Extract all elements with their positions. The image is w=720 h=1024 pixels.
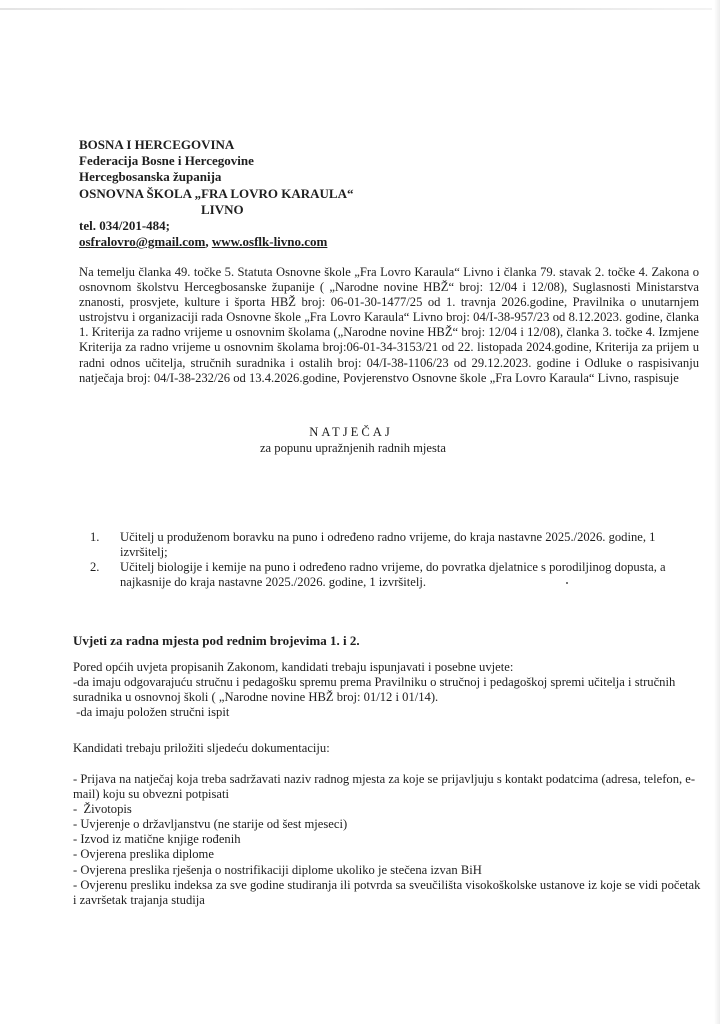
letterhead-country: BOSNA I HERCEGOVINA — [79, 137, 353, 153]
intro-paragraph: Na temelju članka 49. točke 5. Statuta O… — [79, 265, 699, 386]
position-number: 2. — [90, 560, 120, 590]
scan-edge-shadow — [714, 0, 720, 1024]
letterhead-county: Hercegbosanska županija — [79, 169, 353, 185]
position-item: 2. Učitelj biologije i kemije na puno i … — [90, 560, 710, 590]
documentation-item: - Ovjerena preslika diplome — [73, 847, 703, 862]
email-link[interactable]: osfralovro@gmail.com — [79, 234, 205, 249]
documentation-item: - Ovjerena preslika rješenja o nostrifik… — [73, 863, 703, 878]
documentation-item: - Životopis — [73, 802, 703, 817]
letterhead-school: OSNOVNA ŠKOLA „FRA LOVRO KARAULA“ — [79, 186, 353, 202]
letterhead-contacts: osfralovro@gmail.com, www.osflk-livno.co… — [79, 234, 353, 250]
notice-title-main: NATJEČAJ — [0, 425, 720, 440]
notice-title: NATJEČAJ za popunu upražnjenih radnih mj… — [0, 425, 720, 456]
conditions-text: Pored općih uvjeta propisanih Zakonom, k… — [73, 660, 693, 720]
conditions-line: -da imaju položen stručni ispit — [73, 705, 693, 720]
documentation-item: - Uvjerenje o državljanstvu (ne starije … — [73, 817, 703, 832]
position-text: Učitelj u produženom boravku na puno i o… — [120, 530, 710, 560]
positions-list: 1. Učitelj u produženom boravku na puno … — [90, 530, 710, 590]
notice-title-subtitle: za popunu upražnjenih radnih mjesta — [0, 441, 720, 456]
scan-artifact-line — [0, 8, 712, 10]
scan-speck — [566, 582, 568, 584]
documentation-list: - Prijava na natječaj koja treba sadržav… — [73, 772, 703, 908]
position-text: Učitelj biologije i kemije na puno i odr… — [120, 560, 710, 590]
website-link[interactable]: www.osflk-livno.com — [212, 234, 328, 249]
letterhead-federation: Federacija Bosne i Hercegovine — [79, 153, 353, 169]
conditions-line: Pored općih uvjeta propisanih Zakonom, k… — [73, 660, 693, 675]
documentation-item: - Prijava na natječaj koja treba sadržav… — [73, 772, 703, 802]
documentation-item: - Ovjerenu presliku indeksa za sve godin… — [73, 878, 703, 908]
letterhead-phone: tel. 034/201-484; — [79, 218, 353, 234]
letterhead: BOSNA I HERCEGOVINA Federacija Bosne i H… — [79, 137, 353, 250]
position-item: 1. Učitelj u produženom boravku na puno … — [90, 530, 710, 560]
letterhead-city: LIVNO — [79, 202, 353, 218]
conditions-line: -da imaju odgovarajuću stručnu i pedagoš… — [73, 675, 693, 705]
documentation-intro: Kandidati trebaju priložiti sljedeću dok… — [73, 741, 330, 756]
position-number: 1. — [90, 530, 120, 560]
documentation-item: - Izvod iz matične knjige rođenih — [73, 832, 703, 847]
conditions-heading: Uvjeti za radna mjesta pod rednim brojev… — [73, 633, 360, 649]
